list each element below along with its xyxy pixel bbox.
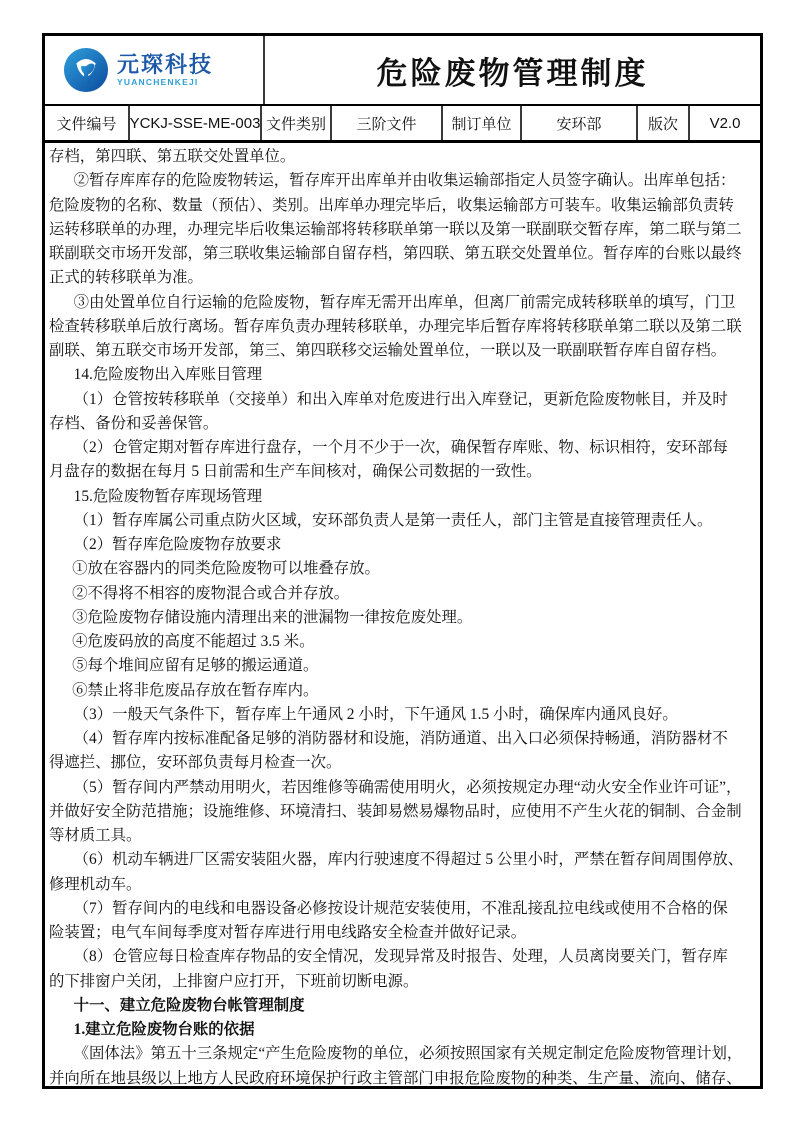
brand-name-cn: 元琛科技: [117, 54, 213, 76]
body-line: 存档，第四联、第五联交处置单位。: [49, 145, 756, 169]
body-line: 运转移联单的办理，办理完毕后收集运输部将转移联单第一联以及第一联副联交暂存库，第…: [49, 218, 756, 242]
body-line: 得遮拦、挪位，安环部负责每月检查一次。: [49, 751, 756, 775]
body-line: 正式的转移联单为准。: [49, 266, 756, 290]
body-line: ④危废码放的高度不能超过 3.5 米。: [49, 630, 756, 654]
body-line: （1）暂存库属公司重点防火区域，安环部负责人是第一责任人，部门主管是直接管理责任…: [49, 509, 756, 533]
body-line: （8）仓管应每日检查库存物品的安全情况，发现异常及时报告、处理，人员离岗要关门，…: [49, 945, 756, 969]
body-line: 危险废物的名称、数量（预估）、类别。出库单办理完毕后，收集运输部方可装车。收集运…: [49, 194, 756, 218]
meta-value-doc-category: 三阶文件: [330, 106, 441, 140]
body-line: （5）暂存间内严禁动用明火，若因维修等确需使用明火，必须按规定办理“动火安全作业…: [49, 776, 756, 800]
body-line: （2）仓管定期对暂存库进行盘存，一个月不少于一次，确保暂存库账、物、标识相符，安…: [49, 436, 756, 460]
body-line: 15.危险废物暂存库现场管理: [49, 485, 756, 509]
meta-label-issuing-dept: 制订单位: [441, 106, 520, 140]
document-header: 元琛科技 YUANCHENKEJI 危险废物管理制度: [45, 36, 760, 106]
meta-value-version: V2.0: [688, 106, 760, 140]
meta-label-doc-number: 文件编号: [45, 106, 128, 140]
body-line: （2）暂存库危险废物存放要求: [49, 533, 756, 557]
meta-label-doc-category: 文件类别: [260, 106, 330, 140]
body-line: 14.危险废物出入库账目管理: [49, 363, 756, 387]
body-line: （7）暂存间内的电线和电器设备必修按设计规范安装使用，不准乱接乱拉电线或使用不合…: [49, 897, 756, 921]
body-line: ②暂存库库存的危险废物转运，暂存库开出库单并由收集运输部指定人员签字确认。出库单…: [49, 169, 756, 193]
document-page: 元琛科技 YUANCHENKEJI 危险废物管理制度 文件编号 YCKJ-SSE…: [42, 33, 763, 1089]
body-line: ③由处置单位自行运输的危险废物，暂存库无需开出库单，但离厂前需完成转移联单的填写…: [49, 291, 756, 315]
body-line: 月盘存的数据在每月 5 日前需和生产车间核对，确保公司数据的一致性。: [49, 460, 756, 484]
body-line: ③危险废物存储设施内清理出来的泄漏物一律按危废处理。: [49, 606, 756, 630]
body-line: ⑤每个堆间应留有足够的搬运通道。: [49, 654, 756, 678]
body-line: 十一、建立危险废物台帐管理制度: [49, 994, 756, 1018]
logo-text: 元琛科技 YUANCHENKEJI: [117, 54, 213, 87]
body-line: （4）暂存库内按标准配备足够的消防器材和设施，消防通道、出入口必须保持畅通，消防…: [49, 727, 756, 751]
body-line: 修理机动车。: [49, 873, 756, 897]
body-line: （3）一般天气条件下，暂存库上午通风 2 小时，下午通风 1.5 小时，确保库内…: [49, 703, 756, 727]
body-line: ②不得将不相容的废物混合或合并存放。: [49, 582, 756, 606]
body-line: 1.建立危险废物台账的依据: [49, 1018, 756, 1042]
body-line: 副联、第五联交市场开发部，第三、第四联移交运输处置单位，一联以及一联副联暂存库自…: [49, 339, 756, 363]
body-line: 《固体法》第五十三条规定“产生危险废物的单位，必须按照国家有关规定制定危险废物管…: [49, 1042, 756, 1066]
body-line: 等材质工具。: [49, 824, 756, 848]
meta-label-version: 版次: [636, 106, 688, 140]
body-line: 险装置；电气车间每季度对暂存库进行用电线路安全检查并做好记录。: [49, 921, 756, 945]
body-line: ⑥禁止将非危废品存放在暂存库内。: [49, 679, 756, 703]
meta-value-doc-number: YCKJ-SSE-ME-003: [128, 106, 260, 140]
document-meta-row: 文件编号 YCKJ-SSE-ME-003 文件类别 三阶文件 制订单位 安环部 …: [45, 106, 760, 143]
company-logo-icon: [63, 47, 109, 93]
body-line: 的下排窗户关闭，上排窗户应打开，下班前切断电源。: [49, 970, 756, 994]
body-line: （1）仓管按转移联单（交接单）和出入库单对危废进行出入库登记，更新危险废物帐目，…: [49, 388, 756, 412]
body-line: 并做好安全防范措施；设施维修、环境清扫、装卸易燃易爆物品时，应使用不产生火花的铜…: [49, 800, 756, 824]
brand-name-en: YUANCHENKEJI: [117, 78, 213, 87]
body-line: ①放在容器内的同类危险废物可以堆叠存放。: [49, 557, 756, 581]
document-title: 危险废物管理制度: [377, 48, 649, 93]
meta-value-issuing-dept: 安环部: [520, 106, 636, 140]
body-line: 并向所在地县级以上地方人民政府环境保护行政主管部门申报危险废物的种类、生产量、流…: [49, 1067, 756, 1087]
title-cell: 危险废物管理制度: [265, 36, 760, 104]
body-line: （6）机动车辆进厂区需安装阻火器，库内行驶速度不得超过 5 公里小时，严禁在暂存…: [49, 848, 756, 872]
document-body: 存档，第四联、第五联交处置单位。②暂存库库存的危险废物转运，暂存库开出库单并由收…: [45, 143, 760, 1086]
body-line: 检查转移联单后放行离场。暂存库负责办理转移联单，办理完毕后暂存库将转移联单第二联…: [49, 315, 756, 339]
logo-cell: 元琛科技 YUANCHENKEJI: [45, 36, 265, 104]
body-line: 联副联交市场开发部，第三联收集运输部自留存档，第四联、第五联交处置单位。暂存库的…: [49, 242, 756, 266]
body-line: 存档、备份和妥善保管。: [49, 412, 756, 436]
